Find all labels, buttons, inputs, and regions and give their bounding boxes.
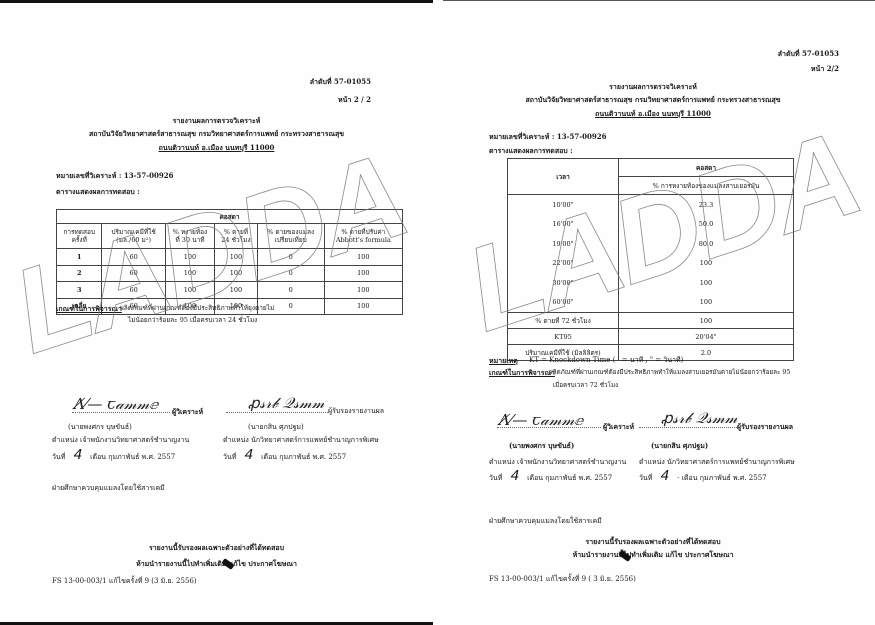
note-text: KT = Knockdown Time ( ' = นาที , " = วิน… — [529, 356, 683, 365]
time-cell: 60'00" — [508, 293, 619, 313]
table-row: 22'00"100 — [508, 254, 794, 274]
table-cell: 100 — [215, 265, 257, 282]
table-cell: 100 — [165, 249, 215, 266]
column-header-line-1: % ตายที่ปรับค่า — [341, 228, 385, 236]
report-page-right: ลำดับที่ 57-01053 หน้า 2/2 รายงานผลการตร… — [443, 0, 875, 625]
table-cell: 100 — [324, 249, 402, 266]
report-title: รายงานผลการตรวจวิเคราะห์ — [443, 82, 863, 91]
column-header-line-2: Abbott's formula — [336, 236, 391, 244]
table-cell: 0 — [257, 249, 324, 266]
criteria-line-1: ผลิตภัณฑ์ที่ผ่านเกณฑ์ต้องมีประสิทธิภาพทำ… — [120, 304, 274, 313]
knockdown-percent-cell: 50.0 — [619, 215, 794, 235]
table-group-header: คอสดา — [619, 159, 794, 177]
summary-row: % ตายที่ 72 ชั่วโมง100 — [508, 313, 794, 329]
column-header-line-1: % ตายของแมลง — [267, 228, 314, 236]
date-month-year: · เดือน กุมภาพันธ์ พ.ศ. 2557 — [677, 474, 766, 482]
address-text: ถนนติวานนท์ อ.เมือง นนทบุรี 11000 — [595, 109, 711, 118]
summary-row: KT9520'04" — [508, 329, 794, 345]
date-prefix: วันที่ — [489, 474, 502, 482]
analyst-name: (นายพงศกร บุษขันธ์) — [509, 441, 574, 450]
criteria-line-1: ผลิตภัณฑ์ที่ผ่านเกณฑ์ต้องมีประสิทธิภาพทำ… — [549, 368, 790, 377]
certifier-role: ผู้รับรองรายงานผล — [328, 407, 384, 416]
table-header-row: การทดสอบครั้งที่ปริมาณเคมีที่ใช้(มล./60 … — [57, 224, 403, 249]
date-prefix: วันที่ — [223, 453, 236, 461]
date-day: 4 — [245, 446, 253, 463]
criteria-label: เกณฑ์ในการพิจารณา — [56, 304, 122, 313]
table-cell: 100 — [215, 282, 257, 299]
date-day: 4 — [661, 467, 669, 484]
table-cell: 60 — [102, 249, 165, 266]
analyst-position: ตำแหน่ง เจ้าพนักงานวิทยาศาสตร์ชำนาญงาน — [52, 436, 189, 445]
report-title: รายงานผลการตรวจวิเคราะห์ — [0, 116, 433, 125]
analyst-date: วันที่ 4 เดือน กุมภาพันธ์ พ.ศ. 2557 — [489, 471, 612, 483]
time-cell: 19'00" — [508, 234, 619, 254]
certifier-name: (นายกสิน ศุภปฐม) — [248, 423, 304, 432]
column-header: % ตายที่24 ชั่วโมง — [215, 224, 257, 249]
report-page-left: ลำดับที่ 57-01055 หน้า 2 / 2 รายงานผลการ… — [0, 0, 433, 625]
time-cell: 16'00" — [508, 215, 619, 235]
form-code: FS 13-00-003/1 แก้ไขครั้งที่ 9 ( 3 มิ.ย.… — [489, 575, 636, 584]
time-cell: 10'00" — [508, 195, 619, 215]
certifier-position: ตำแหน่ง นักวิทยาศาสตร์การแพทย์ชำนาญการพิ… — [223, 436, 379, 445]
certifier-date: วันที่ 4 เดือน กุมภาพันธ์ พ.ศ. 2557 — [223, 450, 346, 462]
certifier-name: (นายกสิน ศุภปฐม) — [651, 441, 708, 450]
table-cell: 0 — [257, 282, 324, 299]
analyst-signature-line — [497, 427, 601, 428]
summary-cell: KT95 — [508, 329, 619, 345]
summary-cell: 20'04" — [619, 329, 794, 345]
table-row: 30'00"100 — [508, 273, 794, 293]
results-table: เวลา คอสดา % การหงายท้องของแมลงสาบเยอรมั… — [507, 158, 794, 361]
table-row: 2601001000100 — [57, 265, 403, 282]
table-cell: 0 — [257, 265, 324, 282]
table-cell: 100 — [324, 282, 402, 299]
sequence-number: ลำดับที่ 57-01053 — [778, 49, 839, 58]
column-header: % ตายของแมลงเปรียบเทียบ — [257, 224, 324, 249]
table-cell: 100 — [215, 249, 257, 266]
sequence-number: ลำดับที่ 57-01055 — [310, 77, 371, 86]
analyst-signature-line — [72, 412, 170, 413]
results-table: คอสดา การทดสอบครั้งที่ปริมาณเคมีที่ใช้(ม… — [56, 209, 403, 315]
certifier-signature: ꝓ𝓈𝓇𝒷 𝒬𝓈𝓂𝓂 — [248, 394, 324, 412]
address-text: ถนนติวานนท์ อ.เมือง นนทบุรี 11000 — [159, 143, 275, 152]
date-prefix: วันที่ — [639, 474, 652, 482]
criteria-line-2: ไม่น้อยกว่าร้อยละ 95 เมื่อครบเวลา 24 ชั่… — [128, 316, 257, 325]
knockdown-percent-cell: 100 — [619, 293, 794, 313]
date-month-year: เดือน กุมภาพันธ์ พ.ศ. 2557 — [90, 453, 175, 461]
certifier-signature-line — [639, 427, 737, 428]
table-cell: 2 — [57, 265, 102, 282]
disclaimer-line-1: รายงานนี้รับรองผลเฉพาะตัวอย่างที่ได้ทดสอ… — [443, 537, 863, 546]
analyst-name: (นายพงศกร บุษขันธ์) — [68, 423, 132, 432]
table-caption: ตารางแสดงผลการทดสอบ : — [489, 146, 573, 155]
analyst-position: ตำแหน่ง เจ้าพนักงานวิทยาศาสตร์ชำนาญงาน — [489, 458, 626, 467]
analyst-role: ผู้วิเคราะห์ — [172, 407, 203, 416]
date-month-year: เดือน กุมภาพันธ์ พ.ศ. 2557 — [261, 453, 346, 461]
column-header: ปริมาณเคมีที่ใช้(มล./60 ม²) — [102, 224, 165, 249]
date-prefix: วันที่ — [52, 453, 65, 461]
column-header-line-1: การทดสอบ — [63, 228, 95, 236]
certifier-role: ผู้รับรองรายงานผล — [737, 422, 793, 431]
column-header: % ตายที่ปรับค่าAbbott's formula — [324, 224, 402, 249]
column-header-line-2: (มล./60 ม²) — [116, 236, 151, 244]
table-caption: ตารางแสดงผลการทดสอบ : — [56, 187, 140, 196]
summary-cell: 100 — [619, 313, 794, 329]
table-row: 60'00"100 — [508, 293, 794, 313]
column-header-line-2: ครั้งที่ — [72, 236, 87, 244]
column-header-line-1: % หงายท้อง — [173, 228, 208, 236]
column-header: การทดสอบครั้งที่ — [57, 224, 102, 249]
institute-address: ถนนติวานนท์ อ.เมือง นนทบุรี 11000 — [0, 143, 433, 152]
date-month-year: เดือน กุมภาพันธ์ พ.ศ. 2557 — [527, 474, 612, 482]
table-row: 3601001000100 — [57, 282, 403, 299]
note-label: หมายเหตุ — [489, 356, 518, 365]
time-cell: 22'00" — [508, 254, 619, 274]
page-number: หน้า 2 / 2 — [338, 95, 371, 104]
analyst-role: ผู้วิเคราะห์ — [603, 422, 634, 431]
analysis-number: หมายเลขที่วิเคราะห์ : 13-57-00926 — [56, 171, 174, 180]
table-cell: 1 — [57, 249, 102, 266]
knockdown-percent-cell: 100 — [619, 273, 794, 293]
table-cell: 100 — [165, 265, 215, 282]
knockdown-percent-cell: 23.3 — [619, 195, 794, 215]
certifier-date: วันที่ 4 · เดือน กุมภาพันธ์ พ.ศ. 2557 — [639, 471, 767, 483]
table-cell: 3 — [57, 282, 102, 299]
analyst-date: วันที่ 4 เดือน กุมภาพันธ์ พ.ศ. 2557 — [52, 450, 175, 462]
time-cell: 30'00" — [508, 273, 619, 293]
table-sub-header: % การหงายท้องของแมลงสาบเยอรมัน — [619, 177, 794, 195]
table-cell: 100 — [324, 265, 402, 282]
column-header-line-1: % ตายที่ — [224, 228, 248, 236]
institute-name: สถาบันวิจัยวิทยาศาสตร์สาธารณสุข กรมวิทยา… — [0, 129, 433, 138]
disclaimer-line-1: รายงานนี้รับรองผลเฉพาะตัวอย่างที่ได้ทดสอ… — [0, 543, 433, 552]
table-cell: 100 — [324, 298, 402, 315]
table-row: 10'00"23.3 — [508, 195, 794, 215]
table-row: 19'00"80.0 — [508, 234, 794, 254]
page-number: หน้า 2/2 — [811, 64, 839, 73]
form-code: FS 13-00-003/1 แก้ไขครั้งที่ 9 (3 มิ.ย. … — [52, 577, 197, 586]
summary-cell: % ตายที่ 72 ชั่วโมง — [508, 313, 619, 329]
department-name: ฝ่ายศึกษาควบคุมแมลงโดยใช้สารเคมี — [52, 484, 165, 493]
table-cell: 100 — [165, 282, 215, 299]
institute-name: สถาบันวิจัยวิทยาศาสตร์สาธารณสุข กรมวิทยา… — [443, 95, 863, 104]
certifier-signature: ꝓ𝓈𝓇𝒷 𝒬𝓈𝓂𝓂 — [661, 409, 737, 427]
analyst-signature: Λ̸⁄— ꞇ𝒶𝓂𝓂ⅇ — [74, 395, 158, 413]
criteria-line-2: เมื่อครบเวลา 72 ชั่วโมง — [553, 381, 618, 390]
date-day: 4 — [74, 446, 82, 463]
table-row: 16'00"50.0 — [508, 215, 794, 235]
table-row: 1601001000100 — [57, 249, 403, 266]
time-header: เวลา — [508, 159, 619, 195]
disclaimer-line-2: ห้ามนำรายงานนี้ไปทำเพิ่มเติม แก้ไข ประกา… — [0, 559, 433, 568]
criteria-label: เกณฑ์ในการพิจารณา — [489, 368, 555, 377]
table-cell: 60 — [102, 265, 165, 282]
column-header-line-2: เปรียบเทียบ — [275, 236, 307, 244]
date-day: 4 — [511, 467, 519, 484]
table-cell: 60 — [102, 282, 165, 299]
analysis-number: หมายเลขที่วิเคราะห์ : 13-57-00926 — [489, 132, 607, 141]
column-header-line-2: ที่ 30 นาที — [175, 236, 204, 244]
certifier-signature-line — [226, 412, 328, 413]
column-header-line-2: 24 ชั่วโมง — [221, 236, 250, 244]
column-header: % หงายท้องที่ 30 นาที — [165, 224, 215, 249]
table-group-header: คอสดา — [57, 210, 403, 224]
department-name: ฝ่ายศึกษาควบคุมแมลงโดยใช้สารเคมี — [489, 517, 602, 526]
disclaimer-line-2: ห้ามนำรายงานนี้ไปทำเพิ่มเติม แก้ไข ประกา… — [443, 550, 863, 559]
knockdown-percent-cell: 80.0 — [619, 234, 794, 254]
certifier-position: ตำแหน่ง นักวิทยาศาสตร์การแพทย์ชำนาญการพิ… — [639, 458, 795, 467]
institute-address: ถนนติวานนท์ อ.เมือง นนทบุรี 11000 — [443, 109, 863, 118]
column-header-line-1: ปริมาณเคมีที่ใช้ — [111, 228, 155, 236]
knockdown-percent-cell: 100 — [619, 254, 794, 274]
